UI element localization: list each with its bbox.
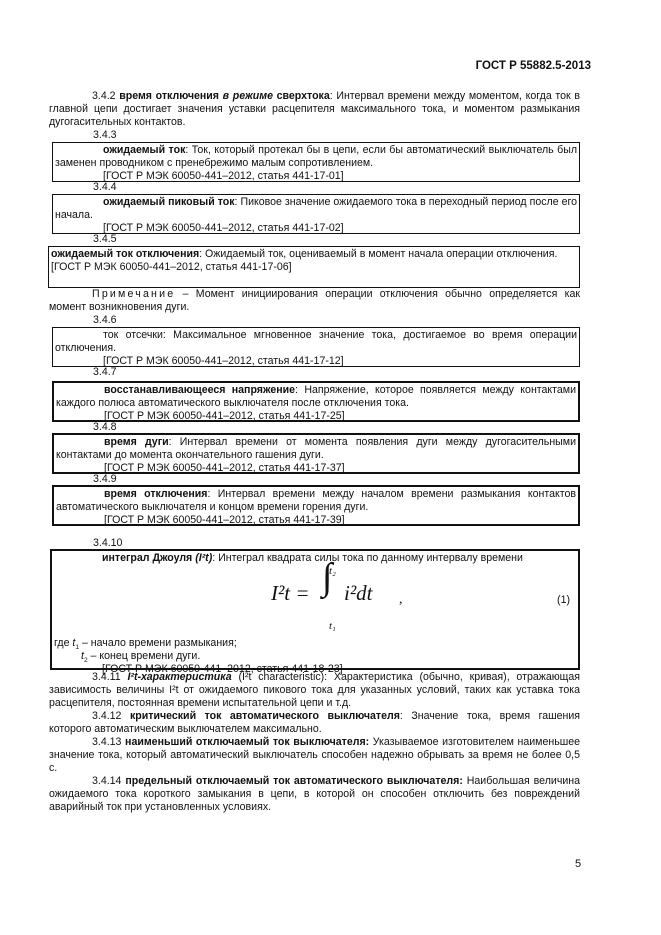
definition-box-3-4-7: восстанавливающееся напряжение: Напряжен… bbox=[52, 381, 580, 422]
formula-integrand: i²dt bbox=[344, 587, 372, 600]
term: I²t-характеристика bbox=[127, 671, 231, 683]
definition: : Ожидаемый ток, оцениваемый в момент на… bbox=[199, 248, 557, 260]
equation-number: (1) bbox=[557, 594, 570, 607]
clause-number: 3.4.13 bbox=[92, 736, 121, 748]
reference: [ГОСТ Р МЭК 60050-441–2012, статья 441-1… bbox=[56, 410, 576, 423]
term: критический ток автоматического выключат… bbox=[130, 710, 400, 722]
reference: [ГОСТ Р МЭК 60050-441–2012, статья 441-1… bbox=[56, 514, 576, 527]
integral-lower-limit: t₁ bbox=[329, 620, 336, 633]
reference: [ГОСТ Р МЭК 60050-441–2012, статья 441-1… bbox=[55, 222, 577, 235]
definition-box-3-4-3: ожидаемый ток: Ток, который протекал бы … bbox=[52, 142, 580, 182]
definition-box-3-4-4: ожидаемый пиковый ток: Пиковое значение … bbox=[52, 194, 580, 234]
reference: [ГОСТ Р МЭК 60050-441–2012, статья 441-1… bbox=[56, 462, 576, 475]
page-number: 5 bbox=[575, 858, 581, 870]
clause-number: 3.4.4 bbox=[93, 181, 117, 194]
clause-3-4-13: 3.4.13 наименьший отключаемый ток выключ… bbox=[49, 736, 580, 775]
definition-box-3-4-6: ток отсечки: Максимальное мгновенное зна… bbox=[52, 327, 580, 367]
integral-sign: ∫ bbox=[322, 571, 332, 584]
term: время отключения bbox=[104, 488, 207, 500]
clause-number: 3.4.14 bbox=[92, 775, 121, 787]
definition: ток отсечки: Максимальное мгновенное зна… bbox=[55, 329, 577, 355]
reference: [ГОСТ Р МЭК 60050-441–2012, статья 441-1… bbox=[55, 170, 577, 183]
term-symbol: (I²t) bbox=[195, 552, 212, 564]
term: время дуги bbox=[104, 436, 169, 448]
term: ожидаемый ток отключения bbox=[51, 248, 199, 260]
clause-3-4-11: 3.4.11 I²t-характеристика (I²t character… bbox=[49, 671, 580, 710]
formula-trail: , bbox=[399, 593, 403, 606]
definition-box-3-4-9: время отключения: Интервал времени между… bbox=[52, 485, 580, 526]
clause-3-4-12: 3.4.12 критический ток автоматического в… bbox=[49, 710, 580, 736]
note: Примечание – Момент инициирования операц… bbox=[49, 288, 580, 314]
clause-number: 3.4.11 bbox=[92, 671, 121, 683]
where-line-1: где t1 – начало времени размыкания; bbox=[54, 637, 576, 650]
clause-number: 3.4.6 bbox=[93, 314, 117, 327]
reference: [ГОСТ Р МЭК 60050-441–2012, статья 441-1… bbox=[55, 355, 577, 368]
clause-number: 3.4.5 bbox=[93, 233, 117, 246]
clause-number: 3.4.2 bbox=[92, 90, 116, 102]
term: наименьший отключаемый ток выключателя: bbox=[125, 736, 369, 748]
clause-number: 3.4.7 bbox=[93, 366, 117, 379]
clause-number: 3.4.12 bbox=[92, 710, 121, 722]
note-label: Примечание bbox=[92, 288, 175, 300]
joule-integral-formula: t₂ I²t = ∫ i²dt , t₁ (1) bbox=[54, 565, 576, 637]
term: предельный отключаемый ток автоматическо… bbox=[125, 775, 462, 787]
definition-box-3-4-8: время дуги: Интервал времени от момента … bbox=[52, 433, 580, 474]
term: восстанавливающееся напряжение bbox=[104, 384, 295, 396]
term: время отключения bbox=[119, 90, 219, 102]
term: интеграл Джоуля bbox=[102, 552, 192, 564]
reference: [ГОСТ Р МЭК 60050-441–2012, статья 441-1… bbox=[51, 261, 577, 274]
term: ожидаемый ток bbox=[103, 144, 185, 156]
term: ожидаемый пиковый ток bbox=[103, 196, 235, 208]
term: в режиме bbox=[223, 90, 273, 102]
formula-lhs: I²t = bbox=[271, 587, 310, 600]
where-line-2: t2 – конец времени дуги. bbox=[54, 650, 576, 663]
definition: : Интеграл квадрата силы тока по данному… bbox=[212, 552, 523, 564]
clause-number: 3.4.3 bbox=[93, 129, 117, 142]
document-header-id: ГОСТ Р 55882.5-2013 bbox=[476, 60, 591, 72]
term: сверхтока bbox=[277, 90, 330, 102]
definition-box-3-4-5: ожидаемый ток отключения: Ожидаемый ток,… bbox=[48, 246, 580, 288]
clause-3-4-2: 3.4.2 время отключения в режиме сверхток… bbox=[49, 90, 580, 129]
definition-box-3-4-10: интеграл Джоуля (I²t): Интеграл квадрата… bbox=[50, 549, 580, 670]
clause-3-4-14: 3.4.14 предельный отключаемый ток автома… bbox=[49, 775, 580, 814]
